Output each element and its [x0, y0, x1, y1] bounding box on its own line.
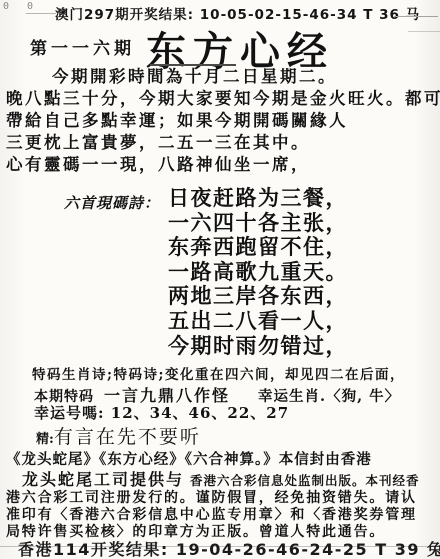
poem-line: 一路高歌九重天。 [168, 260, 348, 285]
intro-line: 三更枕上富貴夢，二五一三在其中。 [6, 132, 310, 154]
lucky-numbers: 幸运号嗎: 12、34、46、22、27 [34, 402, 289, 423]
jing-label: 精: [36, 432, 54, 447]
header-underline [394, 16, 438, 17]
poem-line: 日夜赶路为三餐， [168, 186, 348, 211]
intro-line: 今期開彩時間為十月二日星期二。 [52, 66, 337, 88]
intro-line: 心有靈碼一一現，八路神仙坐一席， [6, 154, 310, 176]
poem-line: 五出二八看一人， [168, 309, 348, 334]
issue-number: 第一一六期 [30, 34, 135, 59]
intro-line: 晚八點三十分，今期大家要知今期是金火旺火。都可 [6, 88, 440, 110]
poem-line: 一六四十各主张， [168, 211, 348, 236]
code-poem: 日夜赶路为三餐， 一六四十各主张， 东奔西跑留不住， 一路高歌九重天。 两地三岸… [168, 186, 348, 358]
notice-titles-line: 《龙头蛇尾》《东方心经》《六合神算。》本信封由香港 [6, 448, 372, 469]
poem-line: 今期时雨勿错过， [168, 334, 348, 359]
poem-label: 六首現碼詩： [64, 192, 160, 213]
intro-line: 帶給自己多點幸運；如果今期開碼關緣人 [6, 110, 348, 132]
right-top-rule [408, 31, 440, 32]
jing-warning-line: 精:有言在先不要听 [36, 422, 201, 449]
scan-corner-marks: 0 0 [3, 1, 39, 12]
jing-text: 有言在先不要听 [54, 427, 201, 448]
hk-draw-result: 香港114开奖结果: 19-04-26-46-24-25 T 39 兔. [18, 537, 440, 559]
poem-line: 两地三岸各东西， [168, 284, 348, 309]
provider-detail: 香港六合彩信息处监制出版。本刊经香 [190, 473, 420, 488]
zodiac-poem-line: 特码生肖诗;特码诗;变化重在四六间，却见四二在后面， [32, 363, 405, 383]
poem-line: 东奔西跑留不住， [168, 235, 348, 260]
tip-sheet-page: 0 0 澳门297期开奖结果: 10-05-02-15-46-34 T 36 马… [0, 0, 440, 559]
scan-corner-underline [26, 13, 56, 14]
